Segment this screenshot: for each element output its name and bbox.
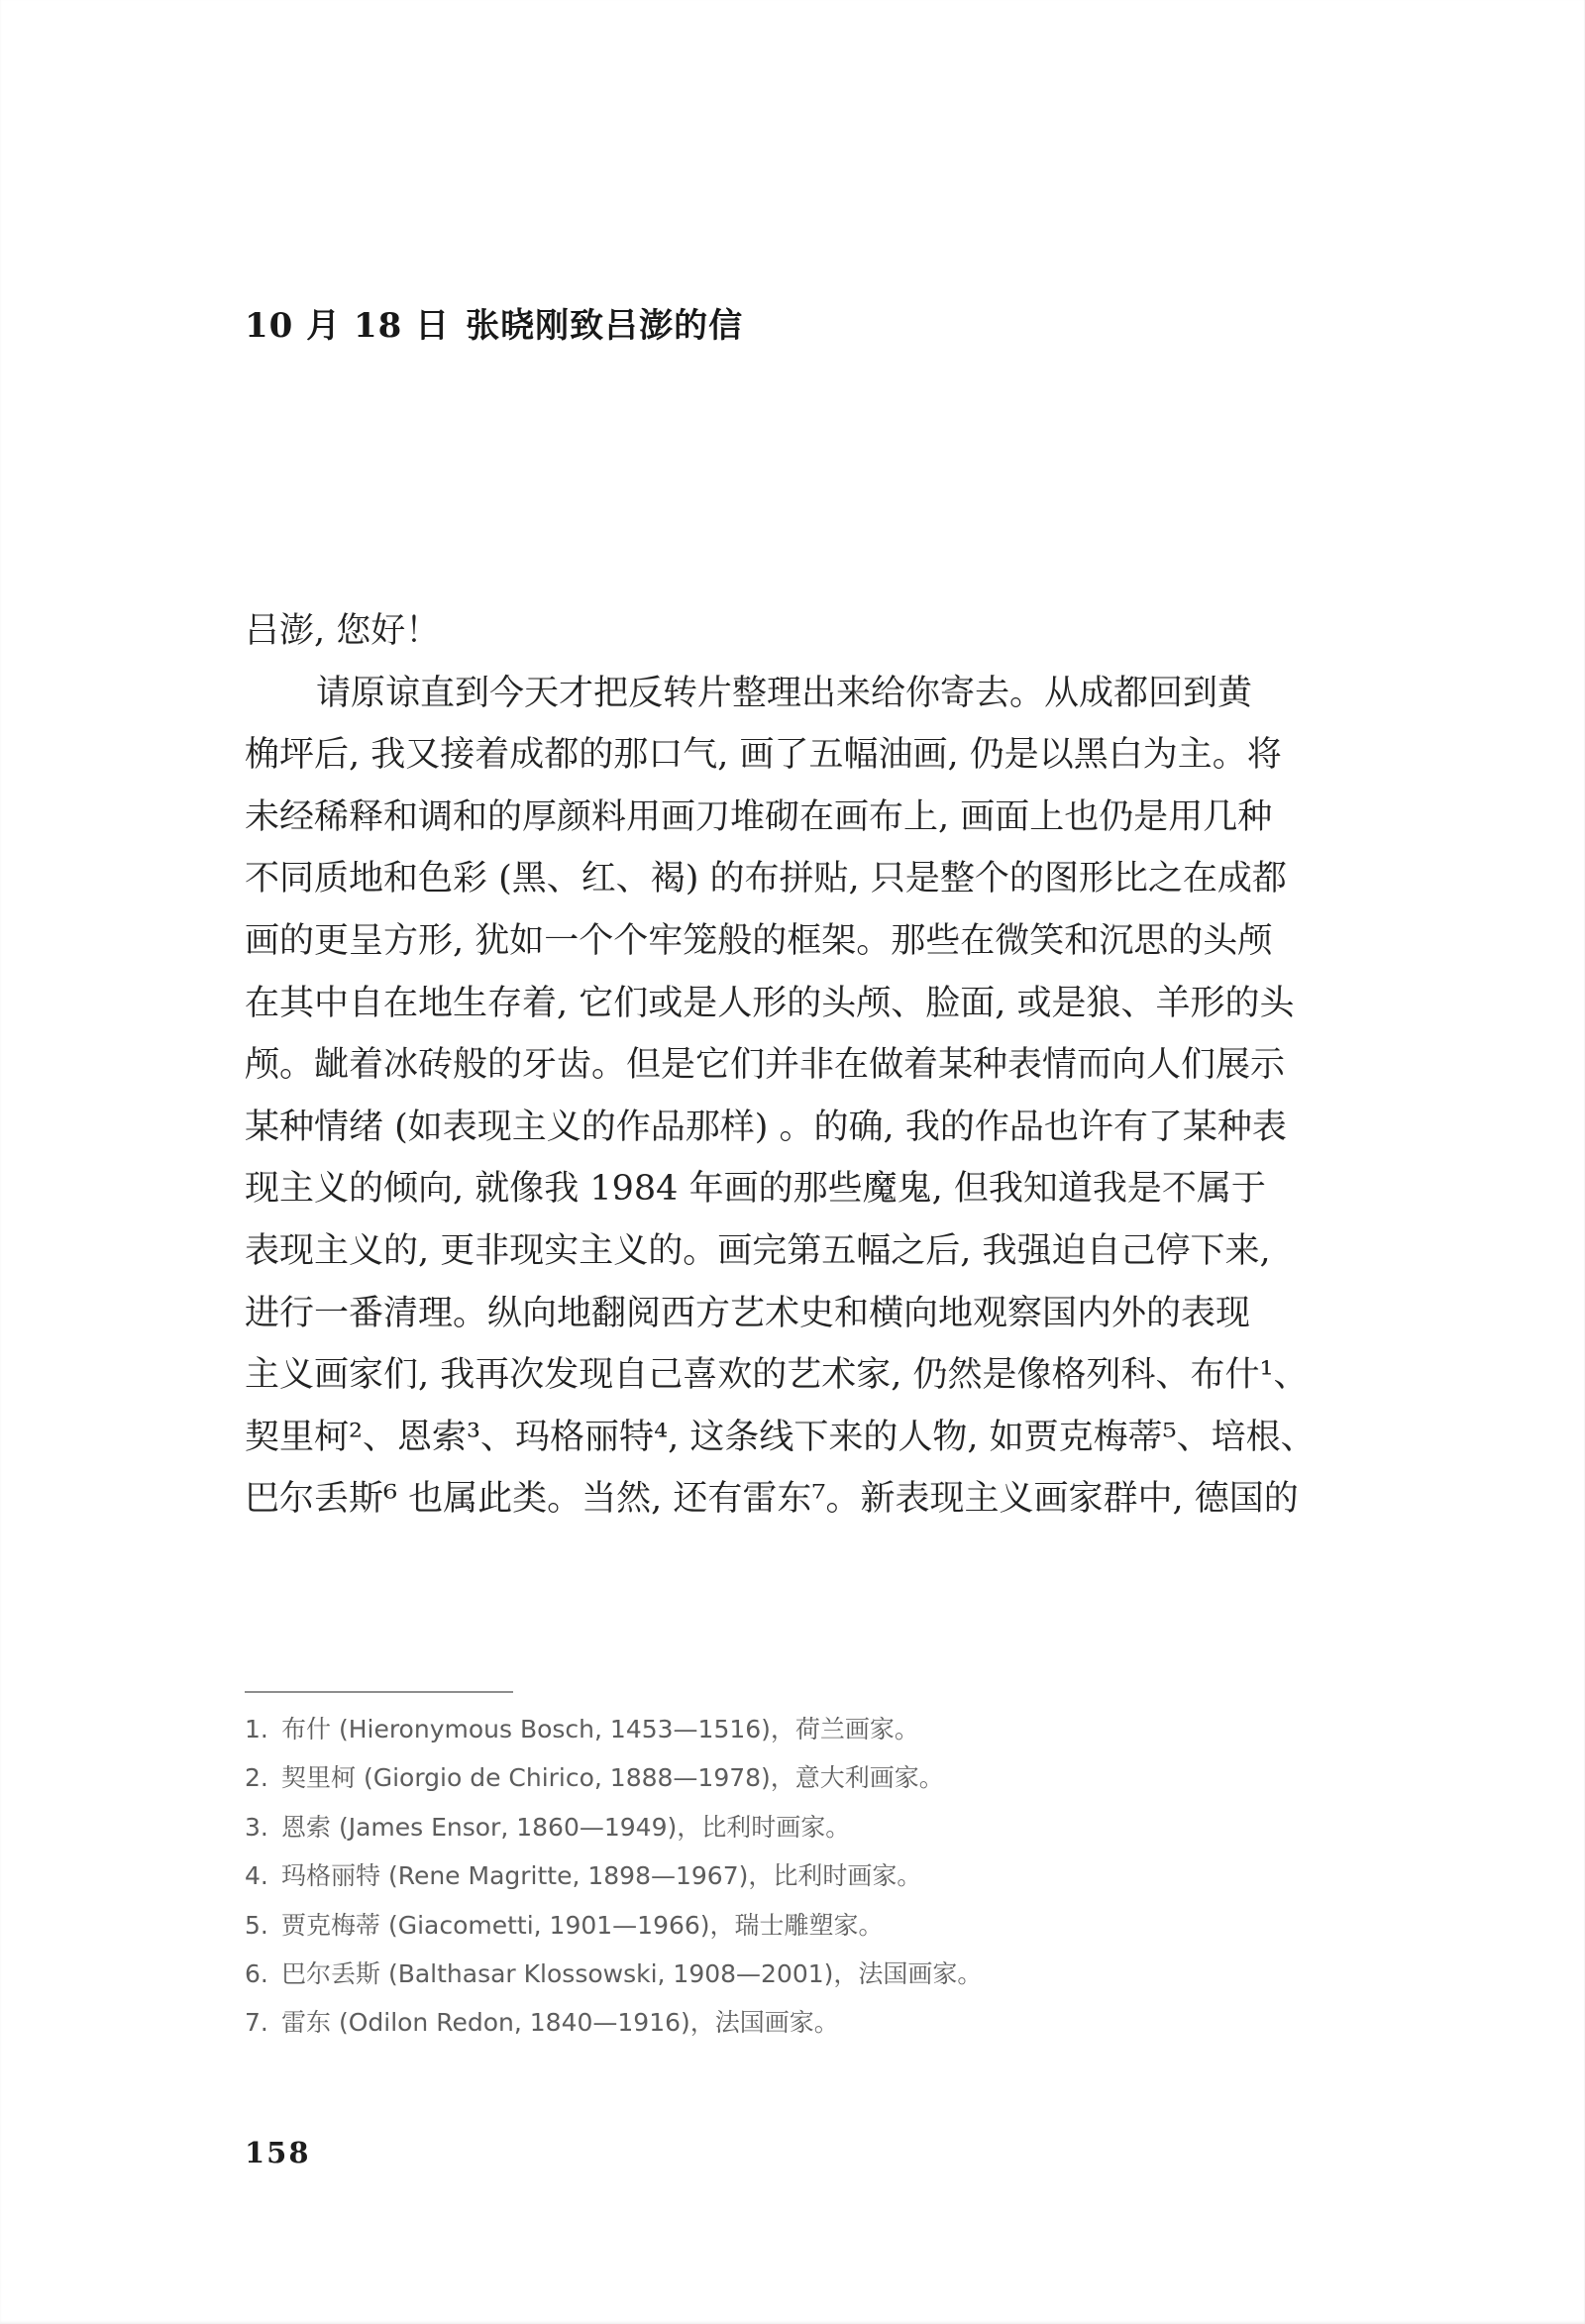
footnote-number: 1. bbox=[245, 1705, 281, 1753]
letter-line: 颅。龇着冰砖般的牙齿。但是它们并非在做着某种表情而向人们展示 bbox=[245, 1034, 1281, 1097]
letter-line: 进行一番清理。纵向地翻阅西方艺术史和横向地观察国内外的表现 bbox=[245, 1283, 1281, 1345]
chapter-heading: 10 月 18 日张晓刚致吕澎的信 bbox=[245, 303, 743, 349]
footnote-number: 2. bbox=[245, 1753, 281, 1802]
footnote-number: 3. bbox=[245, 1803, 281, 1851]
letter-line: 现主义的倾向, 就像我 1984 年画的那些魔鬼, 但我知道我是不属于 bbox=[245, 1158, 1281, 1220]
footnote-item: 1.布什 (Hieronymous Bosch, 1453—1516)，荷兰画家… bbox=[245, 1705, 1334, 1753]
letter-line: 契里柯²、恩索³、玛格丽特⁴, 这条线下来的人物, 如贾克梅蒂⁵、培根、 bbox=[245, 1407, 1281, 1469]
letter-body: 吕澎, 您好！ 请原谅直到今天才把反转片整理出来给你寄去。从成都回到黄桷坪后, … bbox=[245, 600, 1281, 1531]
footnote-item: 7.雷东 (Odilon Redon, 1840—1916)，法国画家。 bbox=[245, 1998, 1334, 2047]
heading-date: 10 月 18 日 bbox=[245, 306, 450, 346]
letter-line: 桷坪后, 我又接着成都的那口气, 画了五幅油画, 仍是以黑白为主。将 bbox=[245, 724, 1281, 787]
letter-line: 画的更呈方形, 犹如一个个牢笼般的框架。那些在微笑和沉思的头颅 bbox=[245, 910, 1281, 973]
footnote-text: 布什 (Hieronymous Bosch, 1453—1516)，荷兰画家。 bbox=[281, 1705, 919, 1753]
footnote-divider bbox=[245, 1691, 513, 1693]
letter-line: 巴尔丢斯⁶ 也属此类。当然, 还有雷东⁷。新表现主义画家群中, 德国的 bbox=[245, 1468, 1281, 1531]
letter-line: 请原谅直到今天才把反转片整理出来给你寄去。从成都回到黄 bbox=[245, 663, 1281, 725]
footnotes: 1.布什 (Hieronymous Bosch, 1453—1516)，荷兰画家… bbox=[245, 1705, 1334, 2048]
letter-line: 未经稀释和调和的厚颜料用画刀堆砌在画布上, 画面上也仍是用几种 bbox=[245, 787, 1281, 849]
footnote-item: 4.玛格丽特 (Rene Magritte, 1898—1967)，比利时画家。 bbox=[245, 1851, 1334, 1900]
letter-line: 某种情绪 (如表现主义的作品那样) 。的确, 我的作品也许有了某种表 bbox=[245, 1097, 1281, 1159]
footnote-text: 契里柯 (Giorgio de Chirico, 1888—1978)，意大利画… bbox=[281, 1753, 944, 1802]
footnote-text: 玛格丽特 (Rene Magritte, 1898—1967)，比利时画家。 bbox=[281, 1851, 921, 1900]
footnote-text: 恩索 (James Ensor, 1860—1949)，比利时画家。 bbox=[281, 1803, 850, 1851]
heading-title: 张晓刚致吕澎的信 bbox=[466, 306, 743, 346]
page-number: 158 bbox=[245, 2136, 311, 2169]
letter-greeting: 吕澎, 您好！ bbox=[245, 600, 1281, 663]
footnote-item: 5.贾克梅蒂 (Giacometti, 1901—1966)，瑞士雕塑家。 bbox=[245, 1901, 1334, 1950]
letter-line: 主义画家们, 我再次发现自己喜欢的艺术家, 仍然是像格列科、布什¹、 bbox=[245, 1344, 1281, 1407]
footnote-item: 2.契里柯 (Giorgio de Chirico, 1888—1978)，意大… bbox=[245, 1753, 1334, 1802]
footnote-number: 6. bbox=[245, 1950, 281, 1998]
footnote-text: 贾克梅蒂 (Giacometti, 1901—1966)，瑞士雕塑家。 bbox=[281, 1901, 884, 1950]
footnote-text: 雷东 (Odilon Redon, 1840—1916)，法国画家。 bbox=[281, 1998, 839, 2047]
letter-line: 在其中自在地生存着, 它们或是人形的头颅、脸面, 或是狼、羊形的头 bbox=[245, 973, 1281, 1035]
book-page: 10 月 18 日张晓刚致吕澎的信 吕澎, 您好！ 请原谅直到今天才把反转片整理… bbox=[0, 0, 1585, 2324]
footnote-item: 3.恩索 (James Ensor, 1860—1949)，比利时画家。 bbox=[245, 1803, 1334, 1851]
footnote-text: 巴尔丢斯 (Balthasar Klossowski, 1908—2001)，法… bbox=[281, 1950, 982, 1998]
footnote-number: 5. bbox=[245, 1901, 281, 1950]
footnote-number: 7. bbox=[245, 1998, 281, 2047]
footnote-item: 6.巴尔丢斯 (Balthasar Klossowski, 1908—2001)… bbox=[245, 1950, 1334, 1998]
letter-line: 不同质地和色彩 (黑、红、褐) 的布拼贴, 只是整个的图形比之在成都 bbox=[245, 848, 1281, 910]
letter-line: 表现主义的, 更非现实主义的。画完第五幅之后, 我强迫自己停下来, bbox=[245, 1220, 1281, 1283]
footnote-number: 4. bbox=[245, 1851, 281, 1900]
